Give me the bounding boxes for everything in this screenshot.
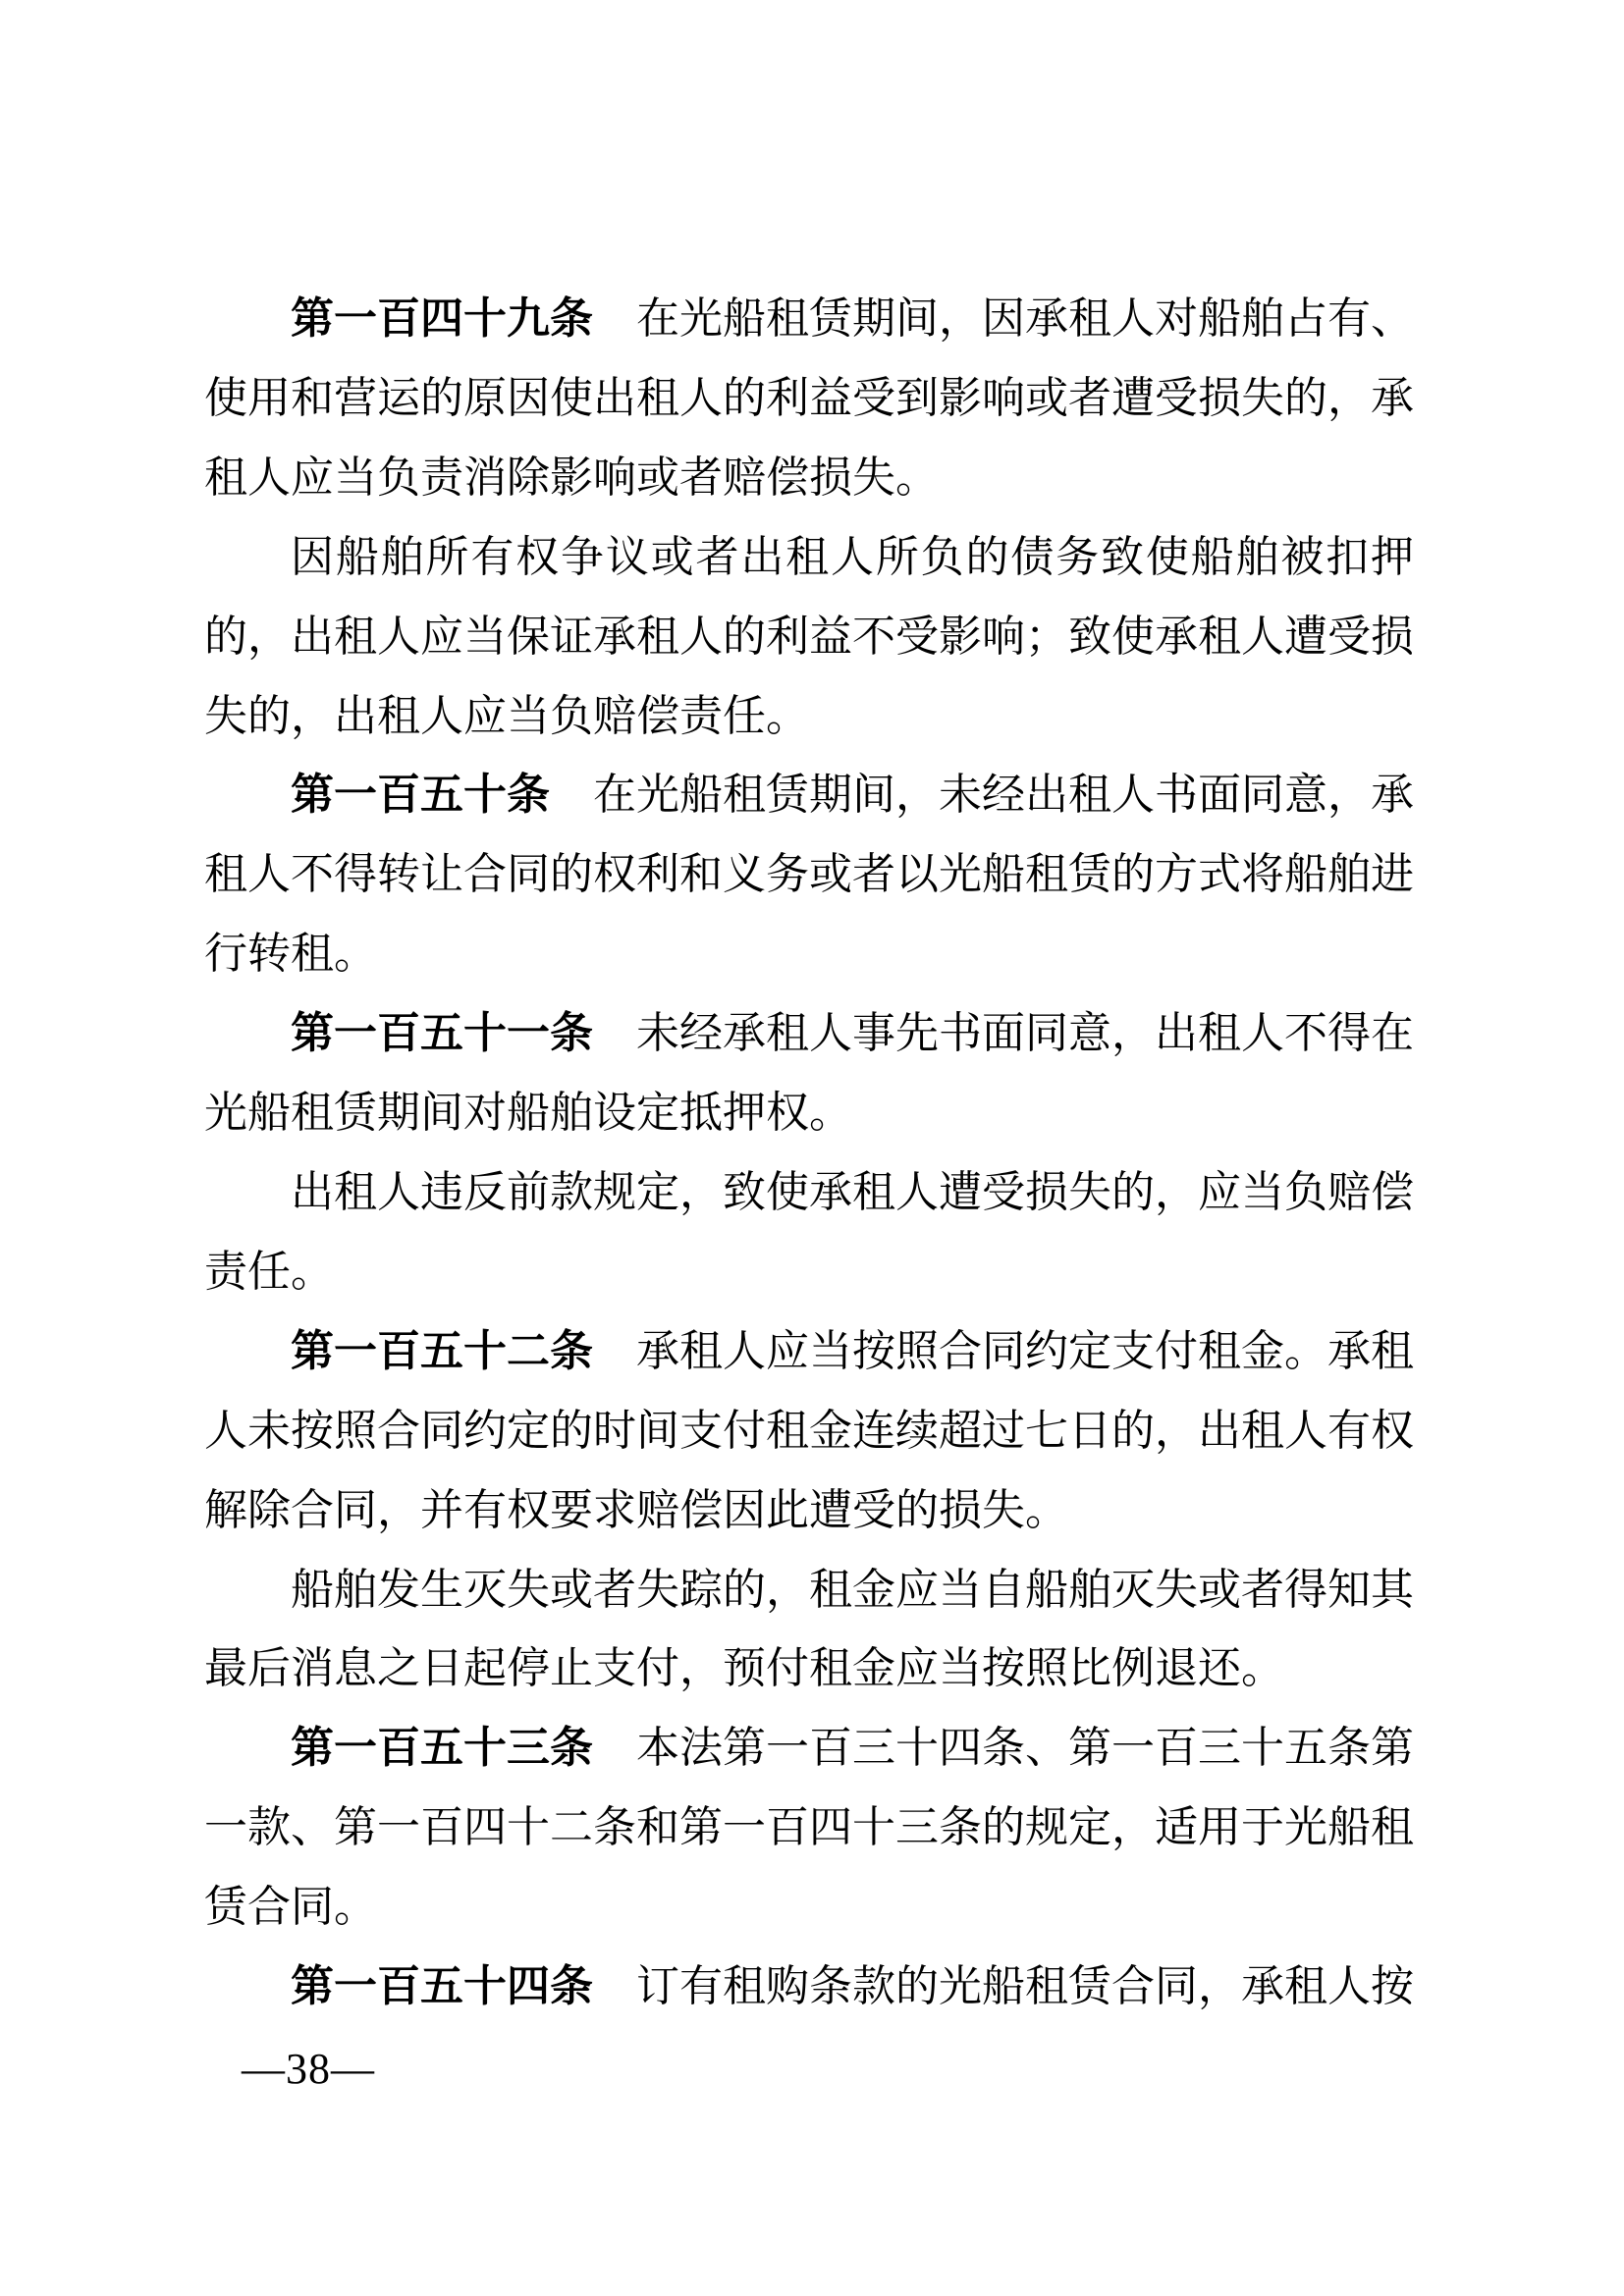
line-text: 赁合同。 [204,1883,377,1931]
article-number: 第一百五十一条 [291,1009,593,1057]
article-number: 第一百五十四条 [291,1962,593,2010]
document-line: 出租人违反前款规定，致使承租人遭受损失的，应当负赔偿 [204,1153,1414,1233]
line-text: 租人不得转让合同的权利和义务或者以光船租赁的方式将船舶进 [204,850,1414,898]
document-line: 的，出租人应当保证承租人的利益不受影响；致使承租人遭受损 [204,598,1414,677]
line-text: 解除合同，并有权要求赔偿因此遭受的损失。 [204,1486,1068,1534]
document-line: 失的，出租人应当负赔偿责任。 [204,677,1414,757]
article-number: 第一百五十三条 [291,1724,593,1772]
document-body: 第一百四十九条在光船租赁期间，因承租人对船舶占有、使用和营运的原因使出租人的利益… [204,280,1414,2027]
line-text: 承租人应当按照合同约定支付租金。承租 [636,1327,1414,1375]
article-number: 第一百五十二条 [291,1327,593,1375]
article-number: 第一百五十条 [291,771,550,819]
line-text: 船舶发生灭失或者失踪的，租金应当自船舶灭失或者得知其 [291,1566,1414,1614]
line-text: 人未按照合同约定的时间支付租金连续超过七日的，出租人有权 [204,1407,1414,1455]
document-line: 第一百四十九条在光船租赁期间，因承租人对船舶占有、 [204,280,1414,359]
document-line: 第一百五十三条本法第一百三十四条、第一百三十五条第 [204,1709,1414,1789]
document-line: 解除合同，并有权要求赔偿因此遭受的损失。 [204,1471,1414,1551]
document-line: 最后消息之日起停止支付，预付租金应当按照比例退还。 [204,1629,1414,1709]
line-text: 因船舶所有权争议或者出租人所负的债务致使船舶被扣押 [291,533,1414,581]
line-text: 订有租购条款的光船租赁合同，承租人按 [636,1962,1414,2010]
line-text: 在光船租赁期间，因承租人对船舶占有、 [636,294,1414,343]
document-line: 租人不得转让合同的权利和义务或者以光船租赁的方式将船舶进 [204,835,1414,915]
line-text: 的，出租人应当保证承租人的利益不受影响；致使承租人遭受损 [204,613,1414,661]
document-line: 赁合同。 [204,1868,1414,1948]
document-line: 第一百五十一条未经承租人事先书面同意，出租人不得在 [204,994,1414,1074]
line-text: 行转租。 [204,930,377,978]
document-line: 责任。 [204,1233,1414,1312]
line-text: 租人应当负责消除影响或者赔偿损失。 [204,454,939,502]
document-page: 第一百四十九条在光船租赁期间，因承租人对船舶占有、使用和营运的原因使出租人的利益… [0,0,1624,2296]
line-text: 责任。 [204,1248,334,1296]
document-line: 一款、第一百四十二条和第一百四十三条的规定，适用于光船租 [204,1789,1414,1868]
document-line: 租人应当负责消除影响或者赔偿损失。 [204,439,1414,518]
document-line: 行转租。 [204,915,1414,994]
line-text: 一款、第一百四十二条和第一百四十三条的规定，适用于光船租 [204,1803,1414,1851]
document-line: 船舶发生灭失或者失踪的，租金应当自船舶灭失或者得知其 [204,1551,1414,1630]
line-text: 使用和营运的原因使出租人的利益受到影响或者遭受损失的，承 [204,374,1414,422]
article-number: 第一百四十九条 [291,294,593,343]
line-text: 在光船租赁期间，未经出租人书面同意，承 [593,771,1414,819]
document-line: 因船舶所有权争议或者出租人所负的债务致使船舶被扣押 [204,518,1414,598]
line-text: 光船租赁期间对船舶设定抵押权。 [204,1089,852,1137]
document-line: 第一百五十二条承租人应当按照合同约定支付租金。承租 [204,1312,1414,1392]
line-text: 出租人违反前款规定，致使承租人遭受损失的，应当负赔偿 [291,1168,1414,1216]
line-text: 最后消息之日起停止支付，预付租金应当按照比例退还。 [204,1644,1284,1692]
document-line: 第一百五十条在光船租赁期间，未经出租人书面同意，承 [204,756,1414,835]
line-text: 失的，出租人应当负赔偿责任。 [204,692,809,740]
line-text: 本法第一百三十四条、第一百三十五条第 [636,1724,1414,1772]
document-line: 第一百五十四条订有租购条款的光船租赁合同，承租人按 [204,1948,1414,2027]
page-number: —38— [242,2044,375,2094]
document-line: 人未按照合同约定的时间支付租金连续超过七日的，出租人有权 [204,1392,1414,1471]
document-line: 光船租赁期间对船舶设定抵押权。 [204,1074,1414,1153]
document-line: 使用和营运的原因使出租人的利益受到影响或者遭受损失的，承 [204,359,1414,439]
line-text: 未经承租人事先书面同意，出租人不得在 [636,1009,1414,1057]
